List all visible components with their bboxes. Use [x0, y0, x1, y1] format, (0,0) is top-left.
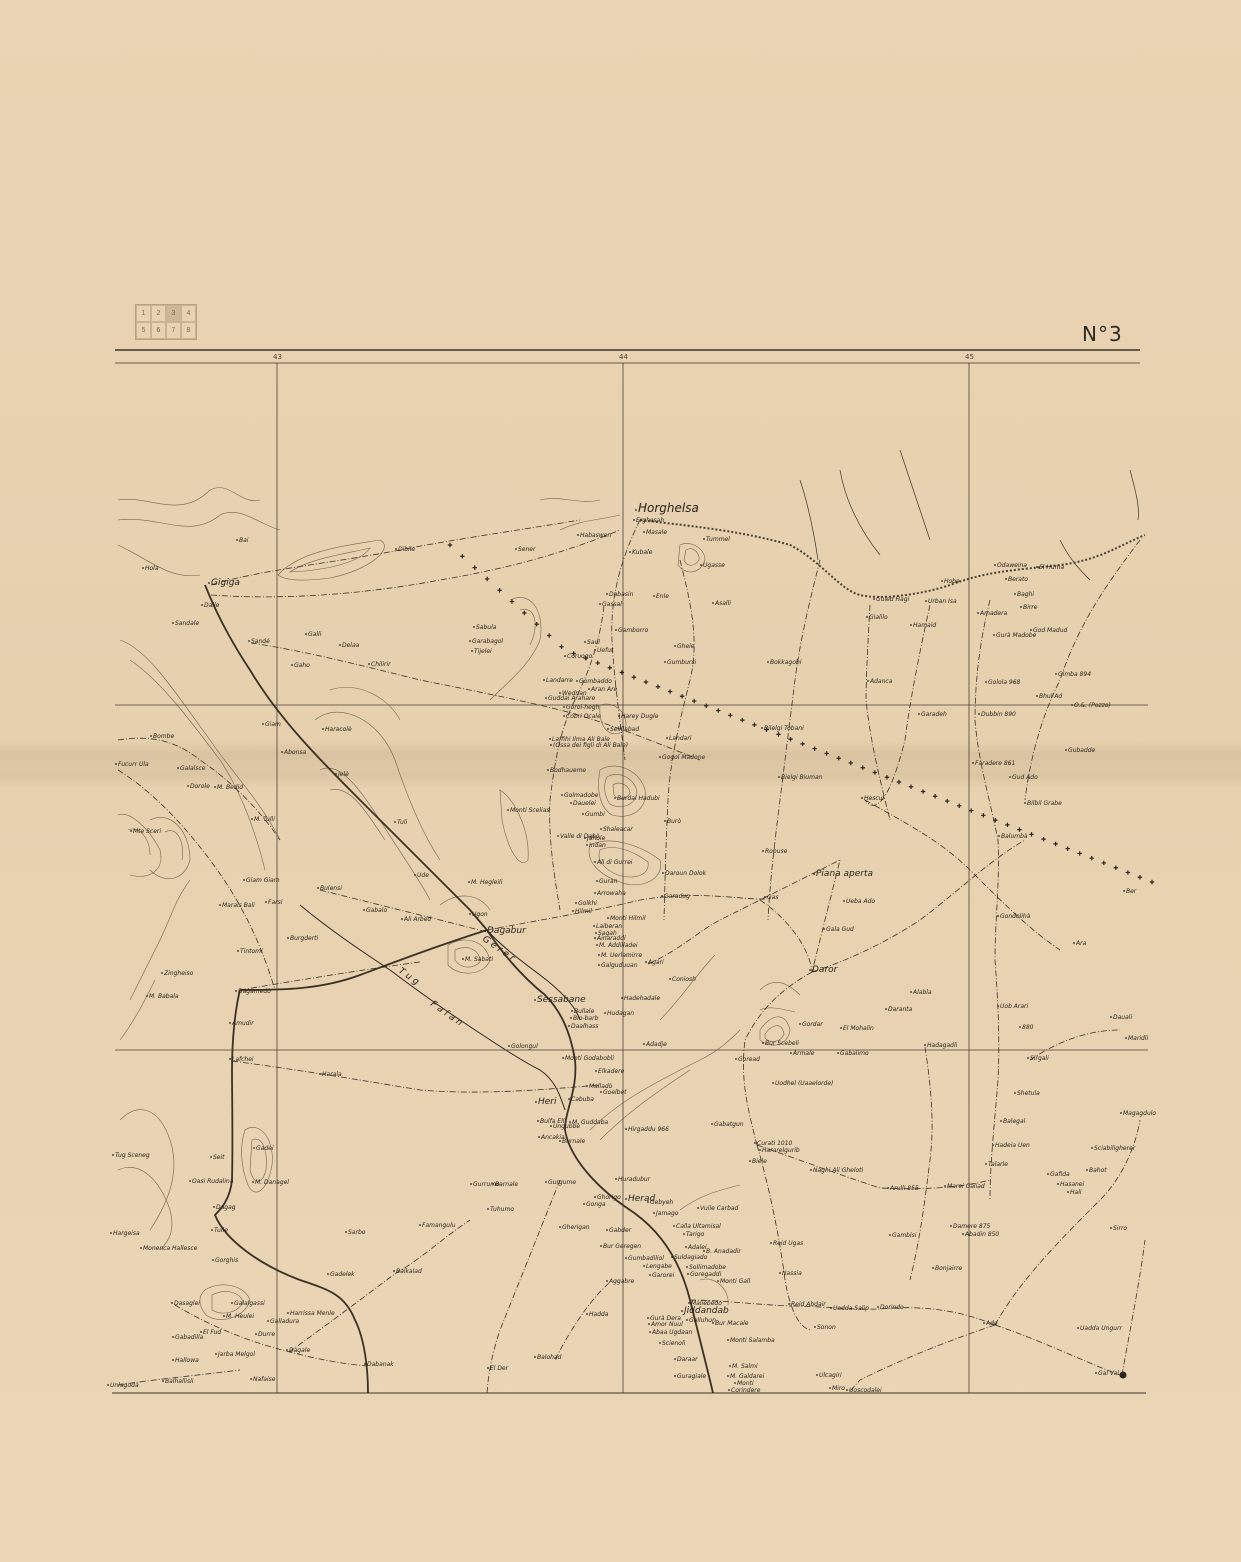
place-marker [248, 640, 250, 642]
place-marker [932, 1267, 934, 1269]
place-marker [1073, 942, 1075, 944]
place-label: Gabadilla [175, 1334, 204, 1341]
place-label: Dalle [204, 602, 220, 609]
place-marker [584, 641, 586, 643]
place-label: Hargeisa [113, 1230, 140, 1237]
place-marker [772, 1082, 774, 1084]
place-marker [559, 1226, 561, 1228]
place-marker [1110, 1227, 1112, 1229]
place-label: Hilmil [575, 908, 592, 915]
place-label: Naghi Ali Gheloti [813, 1167, 864, 1174]
place-marker [647, 1201, 649, 1203]
place-marker [537, 1120, 539, 1122]
place-label: Damere 875 [953, 1223, 991, 1230]
place-label: Bulensi [320, 885, 342, 892]
place-label: Balhallisli [165, 1378, 194, 1385]
place-marker [749, 1160, 751, 1162]
place-marker [643, 1043, 645, 1045]
place-marker [1005, 578, 1007, 580]
place-marker [335, 773, 337, 775]
place-marker [924, 1044, 926, 1046]
place-marker [1077, 1327, 1079, 1329]
place-marker [661, 895, 663, 897]
place-marker [345, 1231, 347, 1233]
place-marker [759, 1149, 761, 1151]
place-marker [583, 1203, 585, 1205]
place-marker [629, 551, 631, 553]
place-label: Galalgassi [234, 1300, 265, 1307]
place-marker [140, 1247, 142, 1249]
place-marker [339, 644, 341, 646]
place-marker [1036, 695, 1038, 697]
place-marker [727, 1375, 729, 1377]
place-label: M. Sabati [465, 956, 493, 963]
place-label: Magagdulo [1123, 1110, 1156, 1117]
place-marker [187, 785, 189, 787]
place-label: Bonjairre [935, 1265, 963, 1272]
place-label: Burdal Hadubi [617, 795, 660, 802]
place-label: Hobe [944, 578, 960, 585]
place-label: Harrissa Menle [290, 1310, 335, 1317]
place-marker [535, 1101, 537, 1103]
place-label: Sonon [817, 1324, 836, 1331]
place-marker [598, 954, 600, 956]
place-label: Amor Nuul [650, 1321, 683, 1328]
place-label: El Huma [1039, 564, 1065, 571]
place-marker [778, 776, 780, 778]
place-label: (Ossa dei figli di Ali Bale) [553, 742, 628, 749]
place-marker [305, 633, 307, 635]
place-label: M. Galdarei [730, 1373, 765, 1380]
place-marker [633, 519, 635, 521]
place-marker [645, 961, 647, 963]
place-marker [394, 821, 396, 823]
place-label: Sollimadobe [689, 1264, 726, 1271]
place-label: Uoscodalei [849, 1387, 882, 1394]
place-marker [487, 1208, 489, 1210]
place-marker [993, 634, 995, 636]
place-label: Gafida [1050, 1171, 1070, 1178]
place-marker [545, 697, 547, 699]
place-marker [538, 1136, 540, 1138]
place-marker [604, 1012, 606, 1014]
place-marker [223, 1315, 225, 1317]
place-label: Guragiale [677, 1373, 706, 1380]
place-label: Nassia [782, 1270, 802, 1277]
river-label: F a f a n [428, 999, 464, 1028]
place-label: Sellilabad [610, 726, 639, 733]
place-label: Abadin 850 [964, 1231, 999, 1238]
place-label: Erghesah [636, 517, 664, 524]
place-label: Harala [322, 1071, 342, 1078]
place-marker [910, 624, 912, 626]
place-marker [666, 737, 668, 739]
place-marker [559, 1140, 561, 1142]
place-marker [1086, 1169, 1088, 1171]
place-marker [393, 1270, 395, 1272]
place-marker [688, 1302, 690, 1304]
place-label: Elkadere [598, 1068, 625, 1075]
place-marker [569, 1121, 571, 1123]
place-label: Lafchei [232, 1056, 254, 1063]
place-label: Gumbi [585, 811, 605, 818]
place-label: Gondolihà [1000, 913, 1031, 920]
place-marker [291, 664, 293, 666]
place-label: Gabalo [366, 907, 387, 914]
place-label: Hali [1070, 1189, 1082, 1196]
place-marker [600, 1091, 602, 1093]
place-label: Birre [1023, 604, 1038, 611]
place-marker [1123, 890, 1125, 892]
place-marker [508, 1045, 510, 1047]
place-marker [1055, 673, 1057, 675]
place-marker [867, 680, 869, 682]
place-label: M. Babala [149, 993, 179, 1000]
main-road [205, 585, 713, 1393]
place-label: Heri [538, 1097, 557, 1107]
place-label: M. Danagel [255, 1179, 289, 1186]
place-marker [711, 1123, 713, 1125]
place-marker [281, 751, 283, 753]
place-marker [549, 738, 551, 740]
place-marker [941, 580, 943, 582]
place-label: Gonga [586, 1201, 606, 1208]
place-marker [251, 818, 253, 820]
place-label: Hescul [864, 795, 884, 802]
place-label: Fucurr Ula [118, 761, 149, 768]
place-marker [586, 1085, 588, 1087]
place-label: Gas [767, 894, 778, 901]
place-label: Sandale [175, 620, 199, 627]
place-label: Zingheiso [163, 970, 194, 977]
place-marker [468, 881, 470, 883]
place-label: Bhul Ad [1039, 693, 1062, 700]
place-label: Huradubur [618, 1176, 651, 1183]
place-marker [110, 1232, 112, 1234]
place-label: Landari [669, 735, 692, 742]
place-label: Calla Ultamisal [676, 1223, 721, 1230]
place-label: Reid Ugas [773, 1240, 803, 1247]
place-marker [873, 598, 875, 600]
place-marker [568, 1025, 570, 1027]
place-label: Ali di Gurrei [596, 859, 633, 866]
place-marker [1047, 1173, 1049, 1175]
place-marker [250, 1378, 252, 1380]
place-label: Talarle [988, 1161, 1008, 1168]
place-label: Faradere 861 [975, 760, 1015, 767]
place-label: Shaleacar [603, 826, 633, 833]
place-marker [664, 820, 666, 822]
place-label: Gambisi [892, 1232, 917, 1239]
place-marker [861, 797, 863, 799]
place-label: Amudir [231, 1020, 254, 1027]
place-marker [146, 995, 148, 997]
place-label: Sessabane [537, 995, 586, 1005]
place-marker [563, 715, 565, 717]
place-marker [570, 802, 572, 804]
place-marker [659, 1342, 661, 1344]
place-marker [925, 600, 927, 602]
place-marker [700, 564, 702, 566]
place-label: Gud Ado [1012, 774, 1038, 781]
place-marker [944, 1185, 946, 1187]
place-label: Golongul [511, 1043, 538, 1050]
place-label: Hadda [589, 1311, 609, 1318]
place-marker [674, 1375, 676, 1377]
place-marker [840, 1027, 842, 1029]
place-label: Monti Hilmil [610, 915, 646, 922]
place-marker [779, 1272, 781, 1274]
place-marker [735, 1058, 737, 1060]
place-marker [625, 1128, 627, 1130]
place-marker [107, 1384, 109, 1386]
place-marker [837, 1052, 839, 1054]
place-marker [577, 534, 579, 536]
place-marker [492, 1183, 494, 1185]
place-marker [598, 964, 600, 966]
place-marker [112, 1154, 114, 1156]
place-label: Mte Sceri [133, 828, 161, 835]
place-label: Bilelgi Tobani [764, 725, 804, 732]
place-marker [395, 548, 397, 550]
place-label: Adanca [869, 678, 893, 685]
place-marker [790, 1052, 792, 1054]
place-label: M. Addilladei [599, 942, 638, 949]
place-marker [213, 1206, 215, 1208]
place-marker [1095, 1372, 1097, 1374]
place-marker [235, 990, 237, 992]
place-label: Bombe [153, 733, 174, 740]
place-marker [994, 564, 996, 566]
place-label: Tarigo [686, 1231, 705, 1238]
place-marker [664, 661, 666, 663]
place-marker [172, 1359, 174, 1361]
place-label: Aran Arè [590, 686, 618, 693]
place-label: Gialilo [869, 614, 888, 621]
place-marker [550, 744, 552, 746]
place-label: Harey Dugle [621, 713, 659, 720]
place-label: El Fud [203, 1329, 221, 1336]
place-marker [243, 879, 245, 881]
place-marker [1019, 1026, 1021, 1028]
place-marker [606, 1229, 608, 1231]
place-label: Arulli 855 [889, 1185, 919, 1192]
place-marker [469, 913, 471, 915]
place-marker [712, 602, 714, 604]
place-label: Dorindo [880, 1304, 904, 1311]
place-label: Baghi [1017, 591, 1034, 598]
place-label: M. Guddaba [572, 1119, 609, 1126]
place-label: El Der [490, 1365, 509, 1372]
place-marker [594, 892, 596, 894]
place-marker [814, 1326, 816, 1328]
place-label: Galluhun [689, 1317, 716, 1324]
place-label: Dagabur [487, 926, 527, 936]
place-marker [265, 901, 267, 903]
place-label: Bur Scebeli [765, 1040, 799, 1047]
place-marker [686, 1266, 688, 1268]
place-label: M. Tulli [254, 816, 275, 823]
place-marker [770, 1242, 772, 1244]
place-marker [643, 1265, 645, 1267]
place-marker [414, 874, 416, 876]
place-label: Hamaid [913, 622, 936, 629]
place-marker [255, 1333, 257, 1335]
place-marker [161, 972, 163, 974]
place-marker [607, 917, 609, 919]
place-label: Marais Bali [222, 902, 255, 909]
place-marker [764, 896, 766, 898]
place-label: Hadehadale [624, 995, 660, 1002]
place-label: Gherigan [562, 1224, 590, 1231]
place-marker [262, 723, 264, 725]
place-label: Gorghis [215, 1257, 238, 1264]
place-marker [635, 509, 637, 511]
place-marker [550, 1125, 552, 1127]
place-marker [727, 1339, 729, 1341]
place-marker [559, 692, 561, 694]
place-label: Maridli [1128, 1035, 1148, 1042]
place-marker [215, 1353, 217, 1355]
place-marker [543, 679, 545, 681]
place-label: Ugasse [703, 562, 725, 569]
place-label: Dagale [289, 1347, 310, 1354]
place-marker [1027, 1057, 1029, 1059]
place-marker [401, 918, 403, 920]
place-label: Hirgaddu 966 [628, 1126, 669, 1133]
place-marker [594, 937, 596, 939]
place-marker [686, 1319, 688, 1321]
place-marker [712, 1322, 714, 1324]
place-label: Burgderti [290, 935, 319, 942]
place-marker [570, 1017, 572, 1019]
place-marker [1036, 566, 1038, 568]
place-label: Monti Salamba [730, 1337, 775, 1344]
place-label: Bodhaueme [550, 767, 586, 774]
place-label: Unlaguda [110, 1382, 139, 1389]
place-label: Uob Arari [1000, 1003, 1028, 1010]
place-label: Durre [258, 1331, 275, 1338]
place-label: Bulfa Ell [540, 1118, 565, 1125]
place-label: Dauelei [573, 800, 596, 807]
place-marker [172, 1336, 174, 1338]
place-label: Gurgume [548, 1179, 576, 1186]
place-marker [571, 1010, 573, 1012]
place-label: Abonsa [283, 749, 307, 756]
place-marker [327, 1273, 329, 1275]
place-label: Gebyeh [650, 1199, 673, 1206]
place-label: Berato [1008, 576, 1028, 583]
place-marker [594, 861, 596, 863]
place-label: Monti [737, 1380, 754, 1387]
place-marker [267, 1320, 269, 1322]
place-label: Ainaraddi [596, 935, 626, 942]
place-marker [643, 531, 645, 533]
place-label: B. Anadadir [706, 1248, 741, 1255]
place-marker [962, 1233, 964, 1235]
place-marker [669, 978, 671, 980]
place-label: Ado [985, 1320, 998, 1327]
place-label: O.&. (Pozzo) [1074, 702, 1111, 709]
place-label: Sirro [1113, 1225, 1127, 1232]
place-label: Tummel [706, 536, 730, 543]
place-label: Piana aperta [816, 869, 873, 879]
place-label: Hallowa [175, 1357, 199, 1364]
place-marker [236, 539, 238, 541]
place-label: El Mohalin [843, 1025, 874, 1032]
place-label: Garadug [664, 893, 690, 900]
place-marker [231, 1302, 233, 1304]
place-marker [829, 1387, 831, 1389]
place-marker [673, 1225, 675, 1227]
place-marker [596, 944, 598, 946]
place-label: Uefut [597, 647, 614, 654]
place-label: Bahot [1089, 1167, 1107, 1174]
place-label: Guled Hagi [876, 596, 910, 603]
place-marker [575, 902, 577, 904]
place-marker [761, 727, 763, 729]
place-label: Monti Scelias [510, 807, 550, 814]
place-marker [754, 1142, 756, 1144]
place-label: Monenca Hallesce [143, 1245, 198, 1252]
place-marker [562, 1057, 564, 1059]
place-marker [614, 797, 616, 799]
place-marker [647, 1317, 649, 1319]
place-marker [172, 622, 174, 624]
place-marker [595, 932, 597, 934]
place-marker [561, 794, 563, 796]
place-marker [177, 767, 179, 769]
place-label: Bullale [574, 1008, 595, 1015]
place-label: Burnale [562, 1138, 586, 1145]
place-label: Cobri Ocale [566, 713, 601, 720]
place-label: M. Salmi [732, 1363, 758, 1370]
place-label: Balohad [537, 1354, 562, 1361]
place-label: Ueba Ado [846, 898, 875, 905]
place-label: Monti Godabobli [565, 1055, 614, 1062]
place-marker [162, 1380, 164, 1382]
place-marker [1110, 1016, 1112, 1018]
place-label: Uodhel (Uaaelorde) [775, 1080, 833, 1087]
place-marker [582, 813, 584, 815]
place-marker [1014, 593, 1016, 595]
place-label: Tintomi [240, 948, 263, 955]
place-label: Ugon [472, 911, 488, 918]
place-marker [625, 1198, 627, 1200]
place-marker [1009, 776, 1011, 778]
place-marker [286, 1349, 288, 1351]
place-label: Dabanak [367, 1361, 394, 1368]
place-label: Galguduuan [601, 962, 638, 969]
place-label: Asalli [714, 600, 731, 607]
place-label: Bielgi Biuman [781, 774, 823, 781]
place-label: Coniosh [672, 976, 696, 983]
place-label: Gal Val [1098, 1370, 1119, 1377]
place-label: Dauali [1113, 1014, 1132, 1021]
place-marker [470, 1183, 472, 1185]
place-marker [671, 1256, 673, 1258]
place-marker [648, 1323, 650, 1325]
place-marker [229, 1022, 231, 1024]
place-marker [889, 1234, 891, 1236]
place-label: Gamborro [618, 627, 649, 634]
place-label: Golola 968 [988, 679, 1021, 686]
place-marker [734, 1382, 736, 1384]
place-label: Goelbet [603, 1089, 627, 1096]
place-label: Adalei [687, 1244, 707, 1251]
place-label: Dabasin [609, 591, 634, 598]
place-marker [1000, 1120, 1002, 1122]
